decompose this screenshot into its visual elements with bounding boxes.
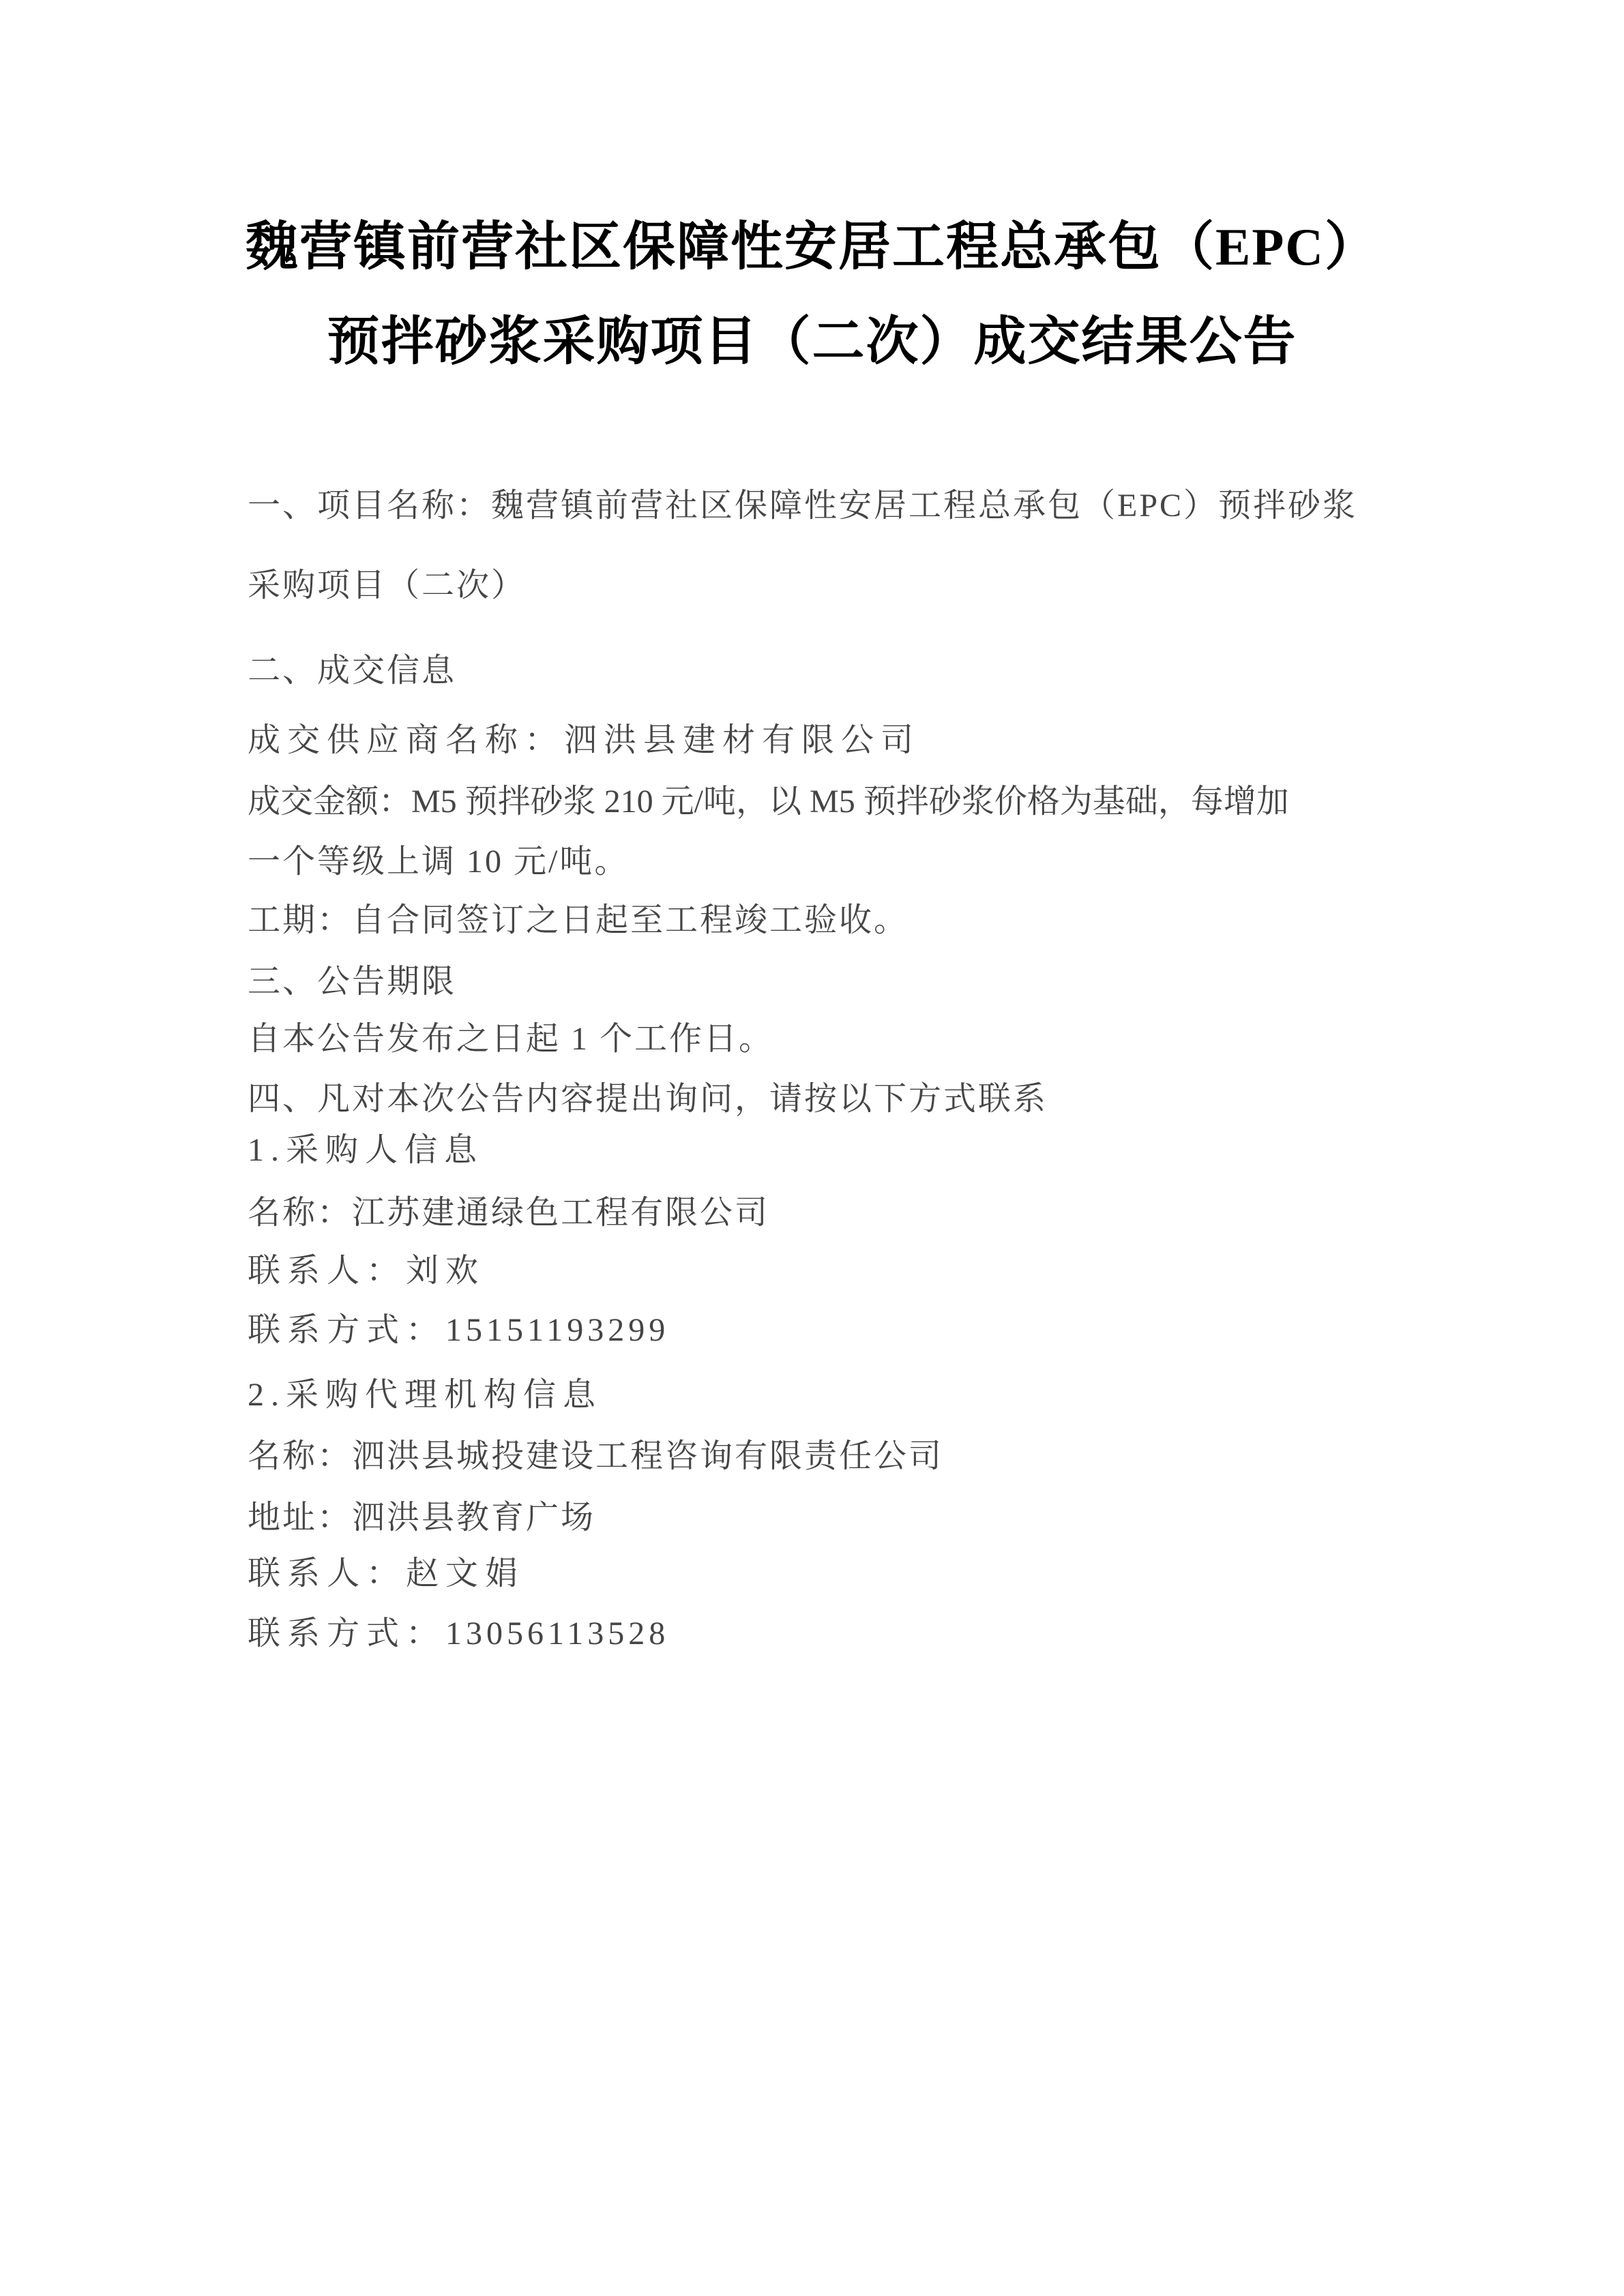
line-deal-amount: 成交金额：M5 预拌砂浆 210 元/吨，以 M5 预拌砂浆价格为基础，每增加 bbox=[248, 786, 1289, 818]
purchaser-phone-number: 15151193299 bbox=[445, 1312, 669, 1348]
section-heading-deal-info: 二、成交信息 bbox=[248, 655, 456, 687]
document-title-line-1: 魏营镇前营社区保障性安居工程总承包（EPC） bbox=[0, 221, 1624, 273]
line-supplier-name: 成交供应商名称：泗洪县建材有限公司 bbox=[248, 724, 920, 757]
line-agency-contact-person: 联系人：赵文娟 bbox=[248, 1557, 525, 1590]
document-title-line-2: 预拌砂浆采购项目（二次）成交结果公告 bbox=[0, 316, 1624, 368]
line-purchaser-name: 名称：江苏建通绿色工程有限公司 bbox=[248, 1197, 769, 1229]
line-construction-period: 工期：自合同签订之日起至工程竣工验收。 bbox=[248, 904, 909, 937]
section-heading-announcement-period: 三、公告期限 bbox=[248, 966, 456, 998]
line-agency-name: 名称：泗洪县城投建设工程咨询有限责任公司 bbox=[248, 1440, 943, 1473]
agency-phone-label: 联系方式： bbox=[248, 1615, 445, 1652]
line-agency-phone: 联系方式：13056113528 bbox=[248, 1617, 669, 1650]
section-heading-project-name: 一、项目名称：魏营镇前营社区保障性安居工程总承包（EPC）预拌砂浆 bbox=[248, 490, 1357, 522]
line-purchaser-phone: 联系方式：15151193299 bbox=[248, 1314, 669, 1347]
line-agency-address: 地址：泗洪县教育广场 bbox=[248, 1502, 595, 1534]
purchaser-phone-label: 联系方式： bbox=[248, 1312, 445, 1348]
line-purchaser-contact-person: 联系人：刘欢 bbox=[248, 1255, 485, 1287]
line-deal-amount-continued: 一个等级上调 10 元/吨。 bbox=[248, 846, 629, 878]
line-project-name-continued: 采购项目（二次） bbox=[248, 569, 526, 602]
line-announcement-period: 自本公告发布之日起 1 个工作日。 bbox=[248, 1023, 773, 1056]
section-heading-inquiry-contact: 四、凡对本次公告内容提出询问，请按以下方式联系 bbox=[248, 1083, 1048, 1116]
document-page: 魏营镇前营社区保障性安居工程总承包（EPC） 预拌砂浆采购项目（二次）成交结果公… bbox=[0, 0, 1624, 2296]
heading-purchaser-info: 1.采购人信息 bbox=[248, 1134, 484, 1167]
heading-agency-info: 2.采购代理机构信息 bbox=[248, 1379, 602, 1412]
agency-phone-number: 13056113528 bbox=[445, 1615, 669, 1652]
